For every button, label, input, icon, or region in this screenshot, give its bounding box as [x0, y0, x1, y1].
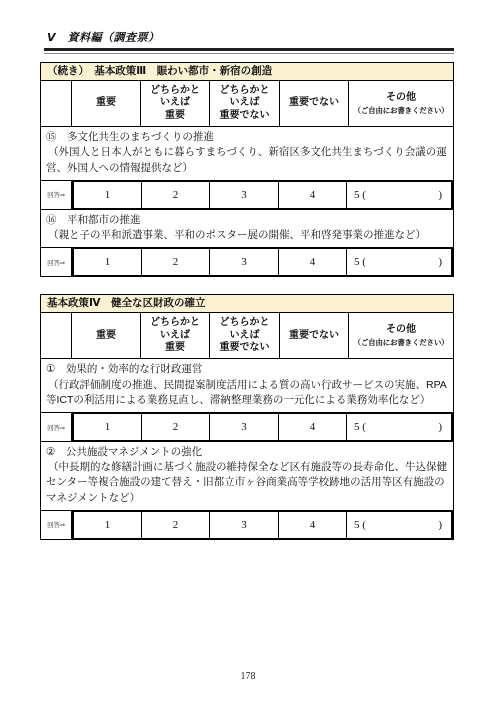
answer-option-3: 3 — [210, 512, 279, 538]
table-title: 基本政策Ⅳ 健全な区財政の確立 — [41, 295, 453, 313]
answer-option-4: 4 — [279, 414, 347, 440]
option5-prefix: 5 ( — [354, 189, 366, 201]
question-description: （外国人と日本人がともに暮らすまちづくり、新宿区多文化共生まちづくり会議の運営、… — [46, 145, 448, 175]
option5-prefix: 5 ( — [354, 256, 366, 268]
answer-option-1: 1 — [74, 512, 142, 538]
answer-option-1: 1 — [74, 414, 142, 440]
option5-suffix: ) — [438, 421, 442, 433]
question-title: ⑮ 多文化共生のまちづくりの推進 — [46, 130, 448, 145]
question-block-16: ⑯ 平和都市の推進 （親と子の平和派遣事業、平和のポスター展の開催、平和啓発事業… — [41, 210, 453, 276]
page-number: 178 — [0, 671, 496, 682]
answer-option-1: 1 — [74, 182, 142, 208]
answer-option-1: 1 — [74, 249, 142, 275]
question-block-1: ① 効果的・効率的な行財政運営 （行政評価制度の推進、民間提案制度活用による質の… — [41, 359, 453, 442]
column-header-somewhat-unimportant: どちらかと いえば 重要でない — [210, 81, 280, 126]
column-header-somewhat-important: どちらかと いえば 重要 — [141, 81, 210, 126]
question-text: ⑯ 平和都市の推進 （親と子の平和派遣事業、平和のポスター展の開催、平和啓発事業… — [41, 210, 453, 248]
answer-label: 回答⇒ — [41, 181, 72, 209]
answer-row: 回答⇒ 1 2 3 4 5 ( ) — [41, 511, 453, 539]
answer-option-5-other: 5 ( ) — [347, 512, 451, 538]
question-text: ② 公共施設マネジメントの強化 （中長期的な修繕計画に基づく施設の維持保全など区… — [41, 442, 453, 511]
answer-column-header — [41, 313, 72, 358]
option5-prefix: 5 ( — [354, 421, 366, 433]
question-title: ② 公共施設マネジメントの強化 — [46, 445, 448, 460]
answer-row: 回答⇒ 1 2 3 4 5 ( ) — [41, 181, 453, 210]
question-title: ① 効果的・効率的な行財政運営 — [46, 362, 448, 377]
other-note: （ご自由にお書きください） — [354, 338, 449, 347]
answer-label: 回答⇒ — [41, 248, 72, 276]
answer-options-box: 1 2 3 4 5 ( ) — [72, 412, 453, 442]
answer-option-5-other: 5 ( ) — [347, 182, 451, 208]
answer-option-2: 2 — [142, 512, 210, 538]
question-block-15: ⑮ 多文化共生のまちづくりの推進 （外国人と日本人がともに暮らすまちづくり、新宿… — [41, 127, 453, 210]
section-header: Ⅴ 資料編（調査票） — [47, 29, 454, 45]
question-block-2: ② 公共施設マネジメントの強化 （中長期的な修繕計画に基づく施設の維持保全など区… — [41, 442, 453, 539]
answer-option-4: 4 — [279, 249, 347, 275]
question-description: （中長期的な修繕計画に基づく施設の維持保全など区有施設等の長寿命化、牛込保健セン… — [46, 460, 448, 506]
document-page: Ⅴ 資料編（調査票） （続き） 基本政策Ⅲ 賑わい都市・新宿の創造 重要 どちら… — [0, 0, 496, 702]
question-title: ⑯ 平和都市の推進 — [46, 213, 448, 228]
option5-prefix: 5 ( — [354, 519, 366, 531]
answer-row: 回答⇒ 1 2 3 4 5 ( ) — [41, 248, 453, 276]
answer-option-3: 3 — [210, 182, 279, 208]
answer-option-2: 2 — [142, 249, 210, 275]
answer-option-5-other: 5 ( ) — [347, 414, 451, 440]
policy-table-4: 基本政策Ⅳ 健全な区財政の確立 重要 どちらかと いえば 重要 どちらかと いえ… — [40, 294, 454, 540]
answer-option-2: 2 — [142, 182, 210, 208]
column-header-other: その他 （ご自由にお書きください） — [349, 81, 453, 126]
answer-options-box: 1 2 3 4 5 ( ) — [72, 180, 453, 210]
answer-label: 回答⇒ — [41, 511, 72, 539]
answer-option-3: 3 — [210, 249, 279, 275]
answer-label: 回答⇒ — [41, 413, 72, 441]
answer-option-4: 4 — [279, 512, 347, 538]
answer-option-3: 3 — [210, 414, 279, 440]
column-header-other: その他 （ご自由にお書きください） — [349, 313, 453, 358]
column-header-somewhat-important: どちらかと いえば 重要 — [141, 313, 210, 358]
other-note: （ご自由にお書きください） — [354, 106, 449, 115]
policy-table-3: （続き） 基本政策Ⅲ 賑わい都市・新宿の創造 重要 どちらかと いえば 重要 ど… — [40, 62, 454, 277]
answer-option-2: 2 — [142, 414, 210, 440]
option5-suffix: ) — [438, 256, 442, 268]
header-rule — [44, 48, 454, 54]
question-text: ① 効果的・効率的な行財政運営 （行政評価制度の推進、民間提案制度活用による質の… — [41, 359, 453, 413]
other-title: その他 — [386, 92, 416, 105]
answer-column-header — [41, 81, 72, 126]
question-description: （親と子の平和派遣事業、平和のポスター展の開催、平和啓発事業の推進など） — [46, 228, 448, 243]
answer-row: 回答⇒ 1 2 3 4 5 ( ) — [41, 413, 453, 442]
answer-option-4: 4 — [279, 182, 347, 208]
column-header-important: 重要 — [72, 313, 141, 358]
answer-options-box: 1 2 3 4 5 ( ) — [72, 247, 453, 277]
table-title: （続き） 基本政策Ⅲ 賑わい都市・新宿の創造 — [41, 63, 453, 81]
column-header-row: 重要 どちらかと いえば 重要 どちらかと いえば 重要でない 重要でない その… — [41, 81, 453, 127]
other-title: その他 — [386, 324, 416, 337]
question-text: ⑮ 多文化共生のまちづくりの推進 （外国人と日本人がともに暮らすまちづくり、新宿… — [41, 127, 453, 181]
option5-suffix: ) — [438, 519, 442, 531]
question-description: （行政評価制度の推進、民間提案制度活用による質の高い行政サービスの実施、RPA等… — [46, 378, 448, 408]
column-header-somewhat-unimportant: どちらかと いえば 重要でない — [210, 313, 280, 358]
column-header-important: 重要 — [72, 81, 141, 126]
answer-option-5-other: 5 ( ) — [347, 249, 451, 275]
column-header-row: 重要 どちらかと いえば 重要 どちらかと いえば 重要でない 重要でない その… — [41, 313, 453, 359]
column-header-unimportant: 重要でない — [280, 81, 349, 126]
answer-options-box: 1 2 3 4 5 ( ) — [72, 510, 453, 540]
column-header-unimportant: 重要でない — [280, 313, 349, 358]
option5-suffix: ) — [438, 189, 442, 201]
